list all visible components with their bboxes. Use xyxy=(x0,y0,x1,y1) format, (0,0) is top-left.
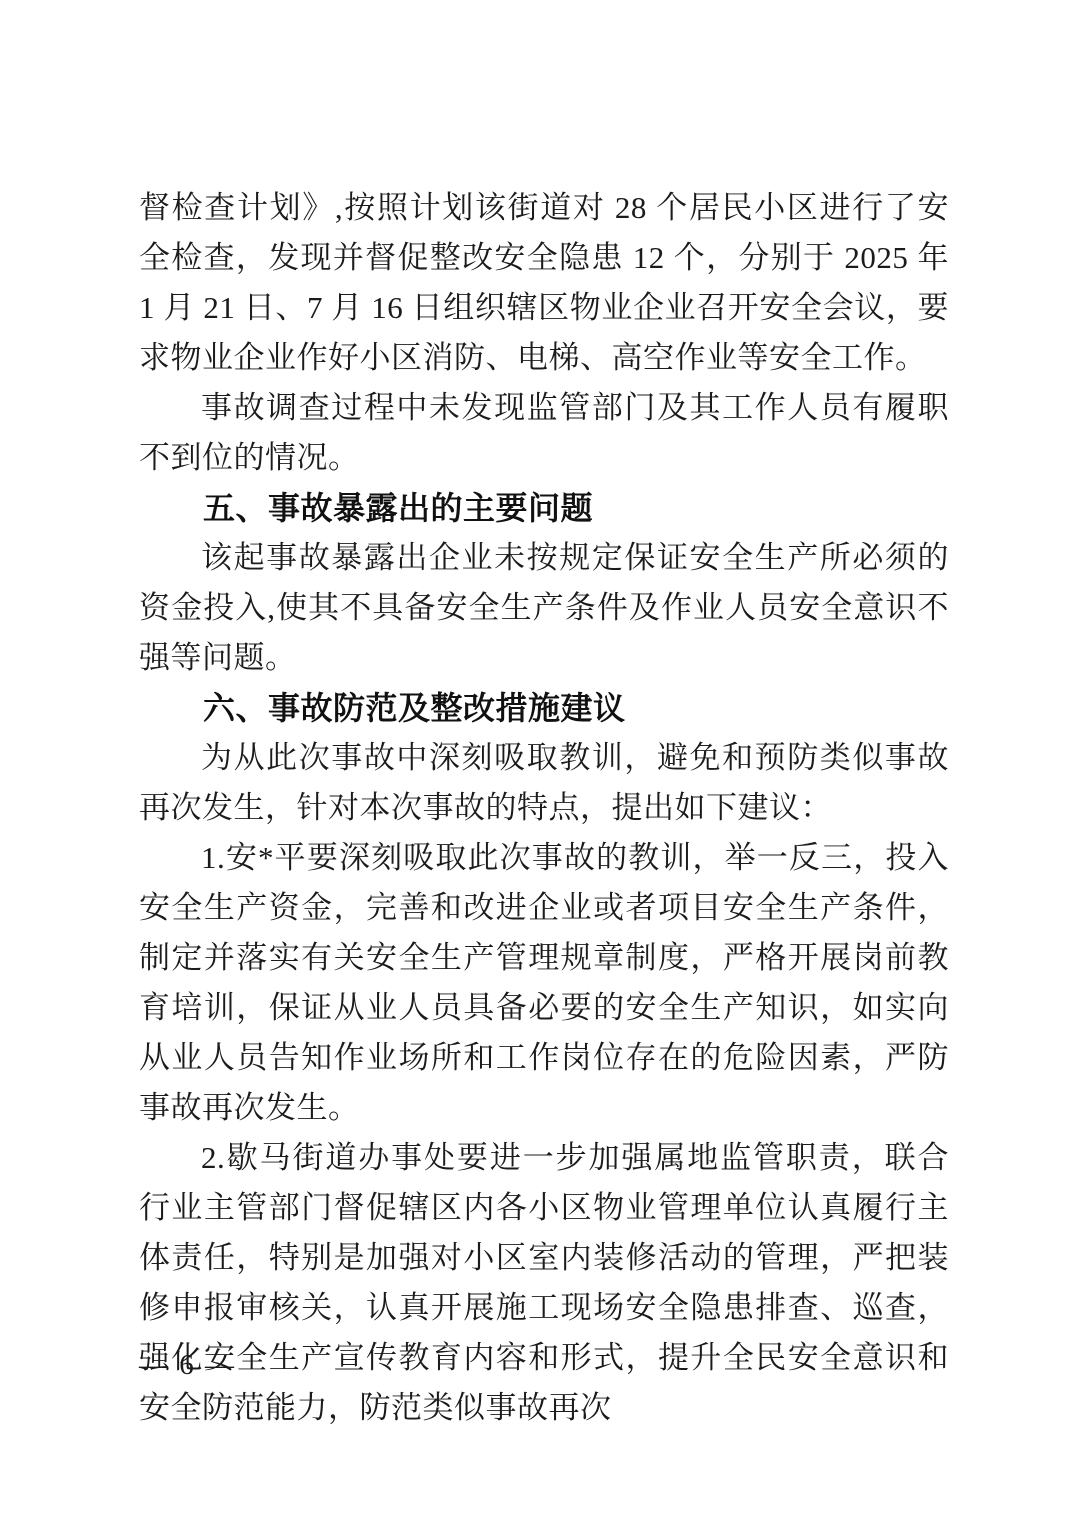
section-heading: 五、事故暴露出的主要问题 xyxy=(139,483,949,533)
document-page: 督检查计划》,按照计划该街道对 28 个居民小区进行了安全检查，发现并督促整改安… xyxy=(0,0,1074,1520)
section-heading: 六、事故防范及整改措施建议 xyxy=(139,683,949,733)
page-number: — 6 — xyxy=(139,1345,236,1385)
paragraph: 2.歇马街道办事处要进一步加强属地监管职责，联合行业主管部门督促辖区内各小区物业… xyxy=(139,1133,949,1433)
document-body: 督检查计划》,按照计划该街道对 28 个居民小区进行了安全检查，发现并督促整改安… xyxy=(139,183,949,1433)
paragraph: 督检查计划》,按照计划该街道对 28 个居民小区进行了安全检查，发现并督促整改安… xyxy=(139,183,949,383)
paragraph: 事故调查过程中未发现监管部门及其工作人员有履职不到位的情况。 xyxy=(139,383,949,483)
paragraph: 为从此次事故中深刻吸取教训，避免和预防类似事故再次发生，针对本次事故的特点，提出… xyxy=(139,733,949,833)
paragraph: 该起事故暴露出企业未按规定保证安全生产所必须的资金投入,使其不具备安全生产条件及… xyxy=(139,533,949,683)
paragraph: 1.安*平要深刻吸取此次事故的教训，举一反三，投入安全生产资金，完善和改进企业或… xyxy=(139,833,949,1133)
